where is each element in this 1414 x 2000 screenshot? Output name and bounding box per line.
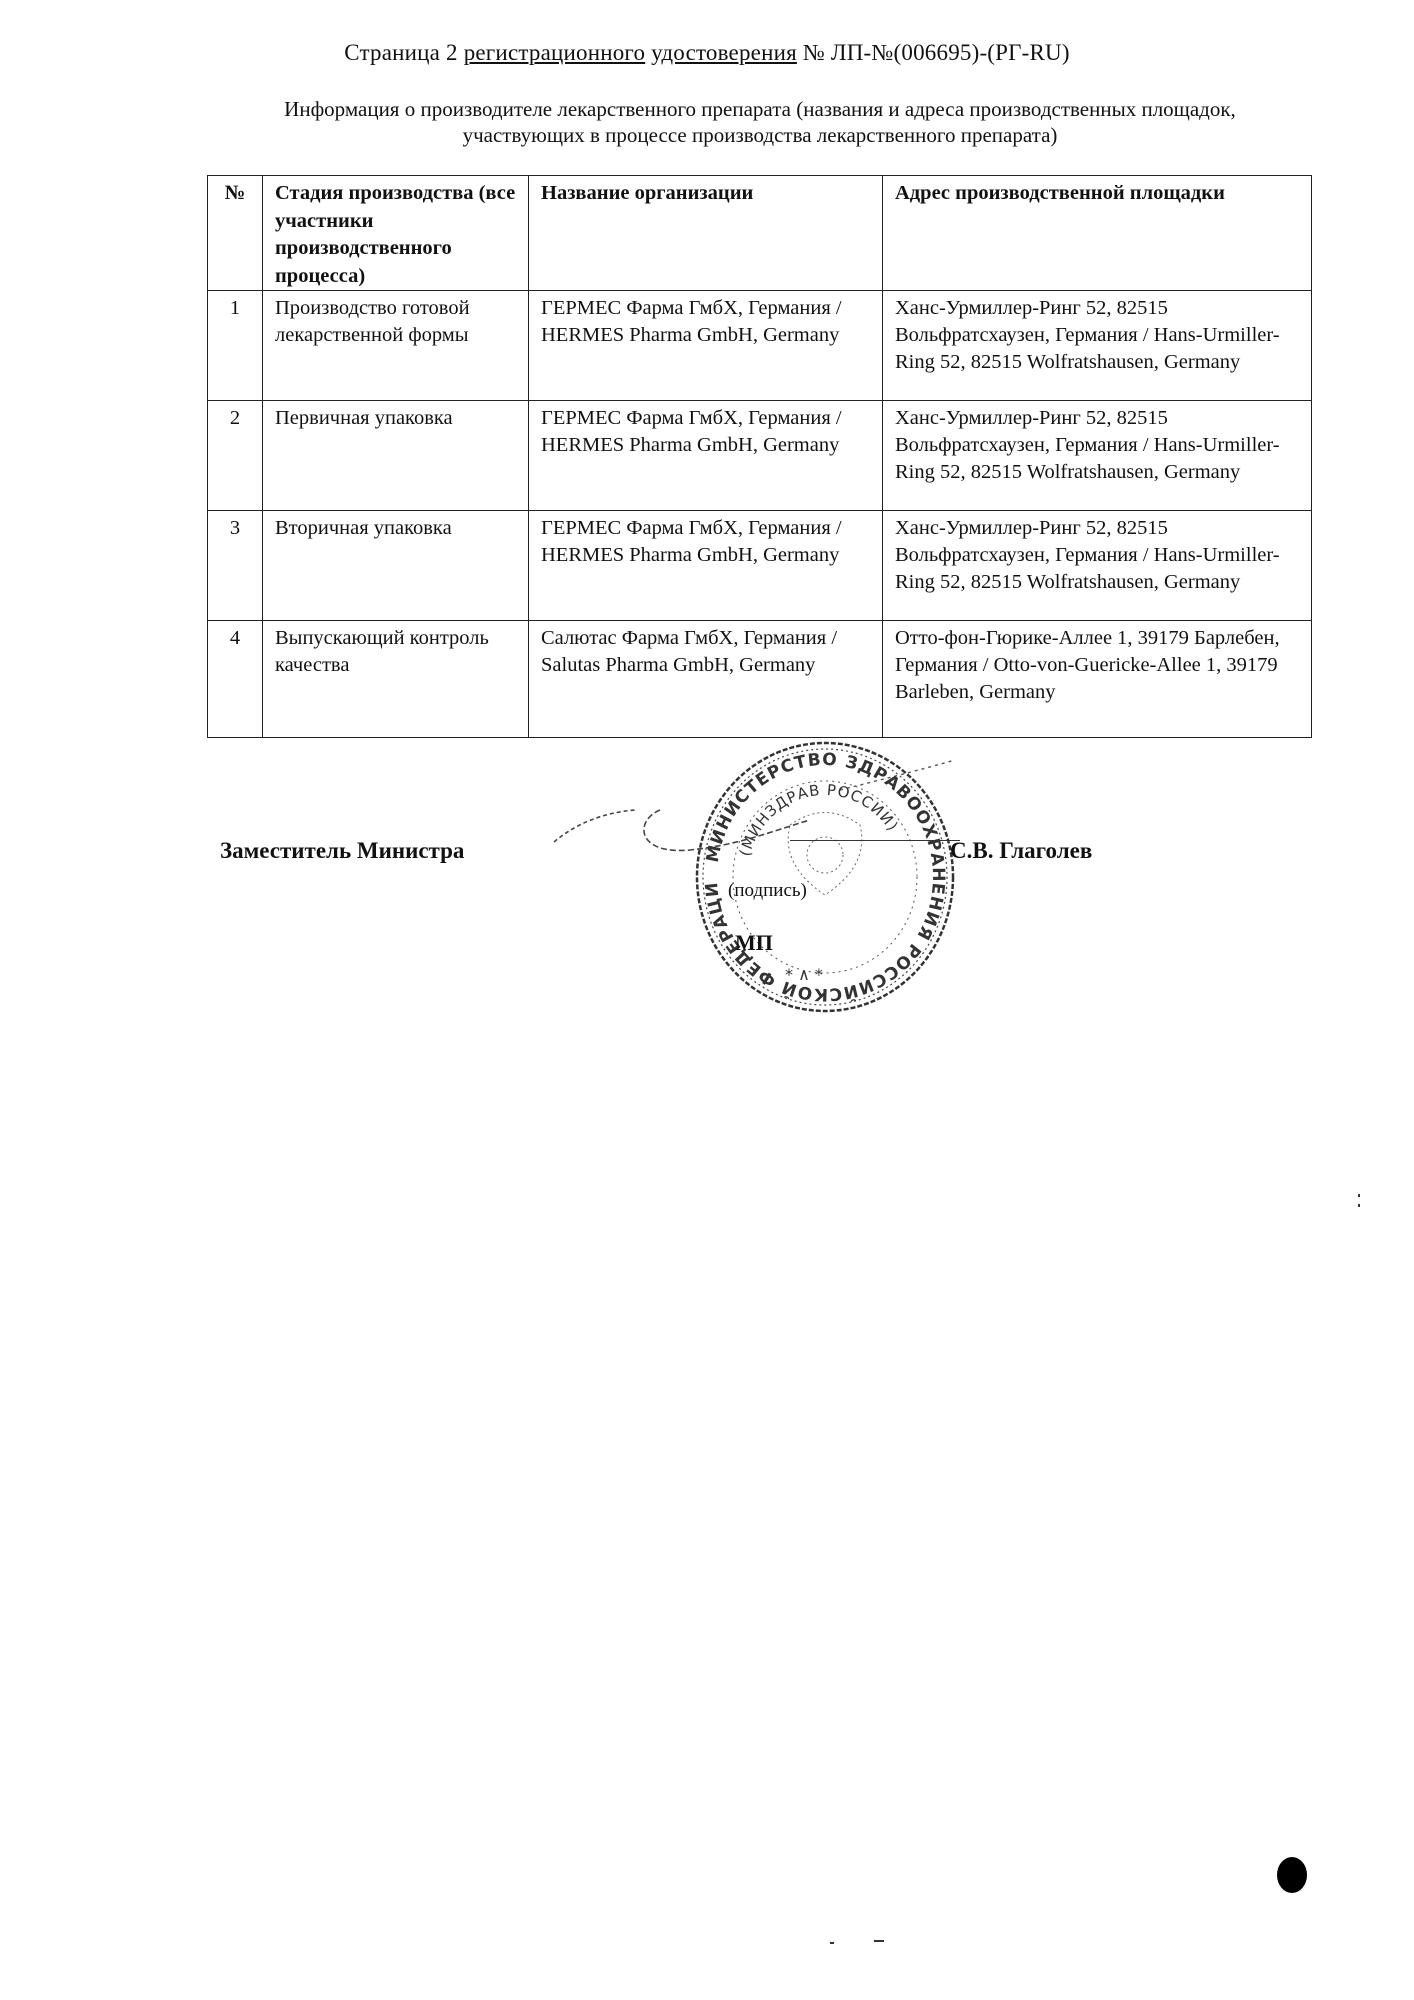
scan-artifact <box>1358 1194 1360 1197</box>
signature-line <box>790 840 960 841</box>
subtitle-line-1: Информация о производителе лекарственног… <box>210 96 1310 122</box>
scan-artifact <box>830 1942 834 1944</box>
subtitle-line-2: участвующих в процессе производства лека… <box>210 122 1310 148</box>
column-header-address: Адрес производственной площадки <box>883 176 1312 291</box>
table-row: 2 Первичная упаковка ГЕРМЕС Фарма ГмбХ, … <box>208 401 1312 511</box>
cell-number: 2 <box>208 401 263 511</box>
scan-artifact <box>1358 1204 1360 1207</box>
scan-artifact <box>874 1940 884 1942</box>
table-row: 3 Вторичная упаковка ГЕРМЕС Фарма ГмбХ, … <box>208 511 1312 621</box>
column-header-organization: Название организации <box>529 176 883 291</box>
cell-number: 4 <box>208 621 263 738</box>
cell-organization: ГЕРМЕС Фарма ГмбХ, Германия / HERMES Pha… <box>529 511 883 621</box>
cell-organization: Салютас Фарма ГмбХ, Германия / Salutas P… <box>529 621 883 738</box>
cell-address: Ханс-Урмиллер-Ринг 52, 82515 Вольфратсха… <box>883 511 1312 621</box>
seal-place-mark: МП <box>735 930 773 956</box>
column-header-stage: Стадия производства (все участники произ… <box>263 176 529 291</box>
page-title: Страница 2 регистрационного удостоверени… <box>0 40 1414 66</box>
cell-stage: Вторичная упаковка <box>263 511 529 621</box>
cell-address: Отто-фон-Гюрике-Аллее 1, 39179 Барлебен,… <box>883 621 1312 738</box>
table-row: 4 Выпускающий контроль качества Салютас … <box>208 621 1312 738</box>
svg-text:* ∧ *: * ∧ * <box>785 965 823 984</box>
signature-caption: (подпись) <box>728 880 807 902</box>
cell-organization: ГЕРМЕС Фарма ГмбХ, Германия / HERMES Pha… <box>529 291 883 401</box>
manufacturer-table: № Стадия производства (все участники про… <box>207 175 1312 738</box>
signatory-position: Заместитель Министра <box>220 838 464 864</box>
punch-hole-dot <box>1277 1857 1307 1893</box>
cell-number: 3 <box>208 511 263 621</box>
section-subtitle: Информация о производителе лекарственног… <box>210 96 1310 148</box>
cell-organization: ГЕРМЕС Фарма ГмбХ, Германия / HERMES Pha… <box>529 401 883 511</box>
table-header-row: № Стадия производства (все участники про… <box>208 176 1312 291</box>
official-seal-stamp: МИНИСТЕРСТВО ЗДРАВООХРАНЕНИЯ РОССИЙСКОЙ … <box>690 735 960 1020</box>
cell-stage: Первичная упаковка <box>263 401 529 511</box>
title-prefix: Страница 2 <box>344 40 463 65</box>
cell-address: Ханс-Урмиллер-Ринг 52, 82515 Вольфратсха… <box>883 401 1312 511</box>
cell-address: Ханс-Урмиллер-Ринг 52, 82515 Вольфратсха… <box>883 291 1312 401</box>
cell-stage: Производство готовой лекарственной формы <box>263 291 529 401</box>
table-row: 1 Производство готовой лекарственной фор… <box>208 291 1312 401</box>
column-header-number: № <box>208 176 263 291</box>
title-word-registration: регистрационного <box>464 40 646 65</box>
title-word-certificate: удостоверения <box>651 40 797 65</box>
cell-stage: Выпускающий контроль качества <box>263 621 529 738</box>
signatory-name: С.В. Глаголев <box>950 838 1092 864</box>
cell-number: 1 <box>208 291 263 401</box>
certificate-number: № ЛП-№(006695)-(РГ-RU) <box>797 40 1070 65</box>
